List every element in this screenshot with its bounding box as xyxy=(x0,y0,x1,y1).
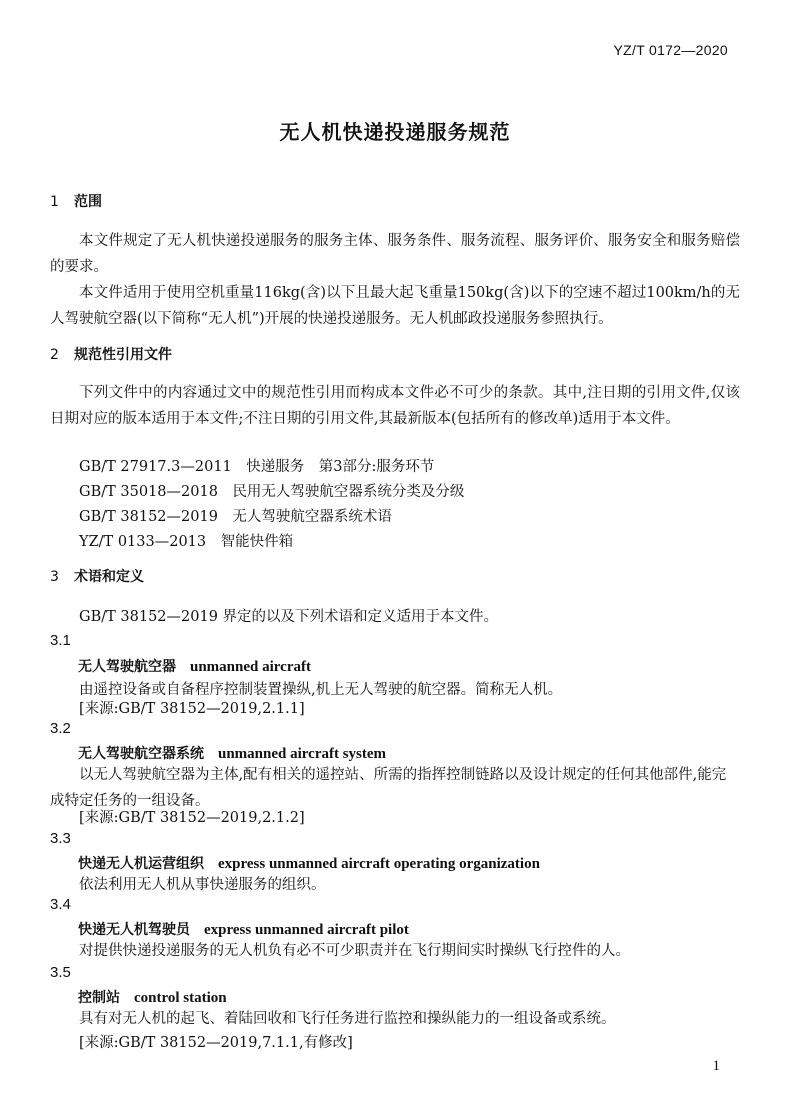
reference-name: 无人驾驶航空器系统术语 xyxy=(232,509,392,525)
term-source: [来源:GB/T 38152—2019,2.1.2] xyxy=(50,806,769,827)
section-number: 2 xyxy=(50,347,74,363)
section-number: 1 xyxy=(50,194,74,210)
term-number: 3.1 xyxy=(50,632,740,649)
section-3-intro: GB/T 38152—2019 界定的以及下列术语和定义适用于本文件。 xyxy=(50,604,740,630)
section-title: 术语和定义 xyxy=(74,569,144,585)
reference-name: 民用无人驾驶航空器系统分类及分级 xyxy=(232,484,464,500)
reference-code: GB/T 38152—2019 xyxy=(79,509,218,525)
term-zh: 快递无人机运营组织 xyxy=(78,856,204,872)
standard-code: YZ/T 0172—2020 xyxy=(614,42,728,58)
term-zh: 无人驾驶航空器系统 xyxy=(78,746,204,762)
reference-code: GB/T 27917.3—2011 xyxy=(79,459,232,475)
term-heading: 快递无人机驾驶员express unmanned aircraft pilot xyxy=(50,919,768,939)
reference-code: GB/T 35018—2018 xyxy=(79,484,218,500)
reference-list: GB/T 27917.3—2011 快递服务 第3部分:服务环节 GB/T 35… xyxy=(50,455,740,555)
term-number: 3.2 xyxy=(50,720,740,737)
reference-code: YZ/T 0133—2013 xyxy=(79,534,206,550)
term-definition: 具有对无人机的起飞、着陆回收和飞行任务进行监控和操纵能力的一组设备或系统。 xyxy=(50,1006,769,1032)
term-definition: 对提供快递投递服务的无人机负有必不可少职责并在飞行期间实时操纵飞行控件的人。 xyxy=(50,938,769,964)
term-heading: 无人驾驶航空器unmanned aircraft xyxy=(50,656,768,676)
section-title: 规范性引用文件 xyxy=(74,347,172,363)
term-heading: 控制站control station xyxy=(50,987,768,1007)
section-1-heading: 1范围 xyxy=(50,191,740,211)
term-zh: 无人驾驶航空器 xyxy=(78,659,176,675)
term-source: [来源:GB/T 38152—2019,2.1.1] xyxy=(50,697,769,718)
term-en: control station xyxy=(134,990,227,1006)
document-title: 无人机快递投递服务规范 xyxy=(0,116,790,145)
term-definition: 依法利用无人机从事快递服务的组织。 xyxy=(50,872,769,898)
term-source: [来源:GB/T 38152—2019,7.1.1,有修改] xyxy=(50,1031,769,1052)
term-number: 3.4 xyxy=(50,896,740,913)
section-number: 3 xyxy=(50,569,74,585)
term-en: unmanned aircraft system xyxy=(218,746,386,762)
section-3-heading: 3术语和定义 xyxy=(50,566,740,586)
section-1-paragraph-2: 本文件适用于使用空机重量116kg(含)以下且最大起飞重量150kg(含)以下的… xyxy=(50,280,740,332)
reference-name: 智能快件箱 xyxy=(221,534,294,550)
section-2-heading: 2规范性引用文件 xyxy=(50,344,740,364)
section-1-paragraph-1: 本文件规定了无人机快递投递服务的服务主体、服务条件、服务流程、服务评价、服务安全… xyxy=(50,228,740,280)
term-en: express unmanned aircraft operating orga… xyxy=(218,856,540,872)
term-en: unmanned aircraft xyxy=(190,659,311,675)
section-2-intro: 下列文件中的内容通过文中的规范性引用而构成本文件必不可少的条款。其中,注日期的引… xyxy=(50,380,740,432)
reference-name: 快递服务 第3部分:服务环节 xyxy=(246,459,434,475)
term-number: 3.5 xyxy=(50,964,740,981)
reference-item: GB/T 27917.3—2011 快递服务 第3部分:服务环节 xyxy=(50,455,740,480)
page-number: 1 xyxy=(713,1058,721,1075)
term-en: express unmanned aircraft pilot xyxy=(204,922,409,938)
term-heading: 快递无人机运营组织express unmanned aircraft opera… xyxy=(50,853,768,873)
term-zh: 快递无人机驾驶员 xyxy=(78,922,190,938)
reference-item: YZ/T 0133—2013 智能快件箱 xyxy=(50,530,740,555)
term-number: 3.3 xyxy=(50,830,740,847)
section-title: 范围 xyxy=(74,194,102,210)
reference-item: GB/T 35018—2018 民用无人驾驶航空器系统分类及分级 xyxy=(50,480,740,505)
term-heading: 无人驾驶航空器系统unmanned aircraft system xyxy=(50,743,768,763)
term-zh: 控制站 xyxy=(78,990,120,1006)
reference-item: GB/T 38152—2019 无人驾驶航空器系统术语 xyxy=(50,505,740,530)
